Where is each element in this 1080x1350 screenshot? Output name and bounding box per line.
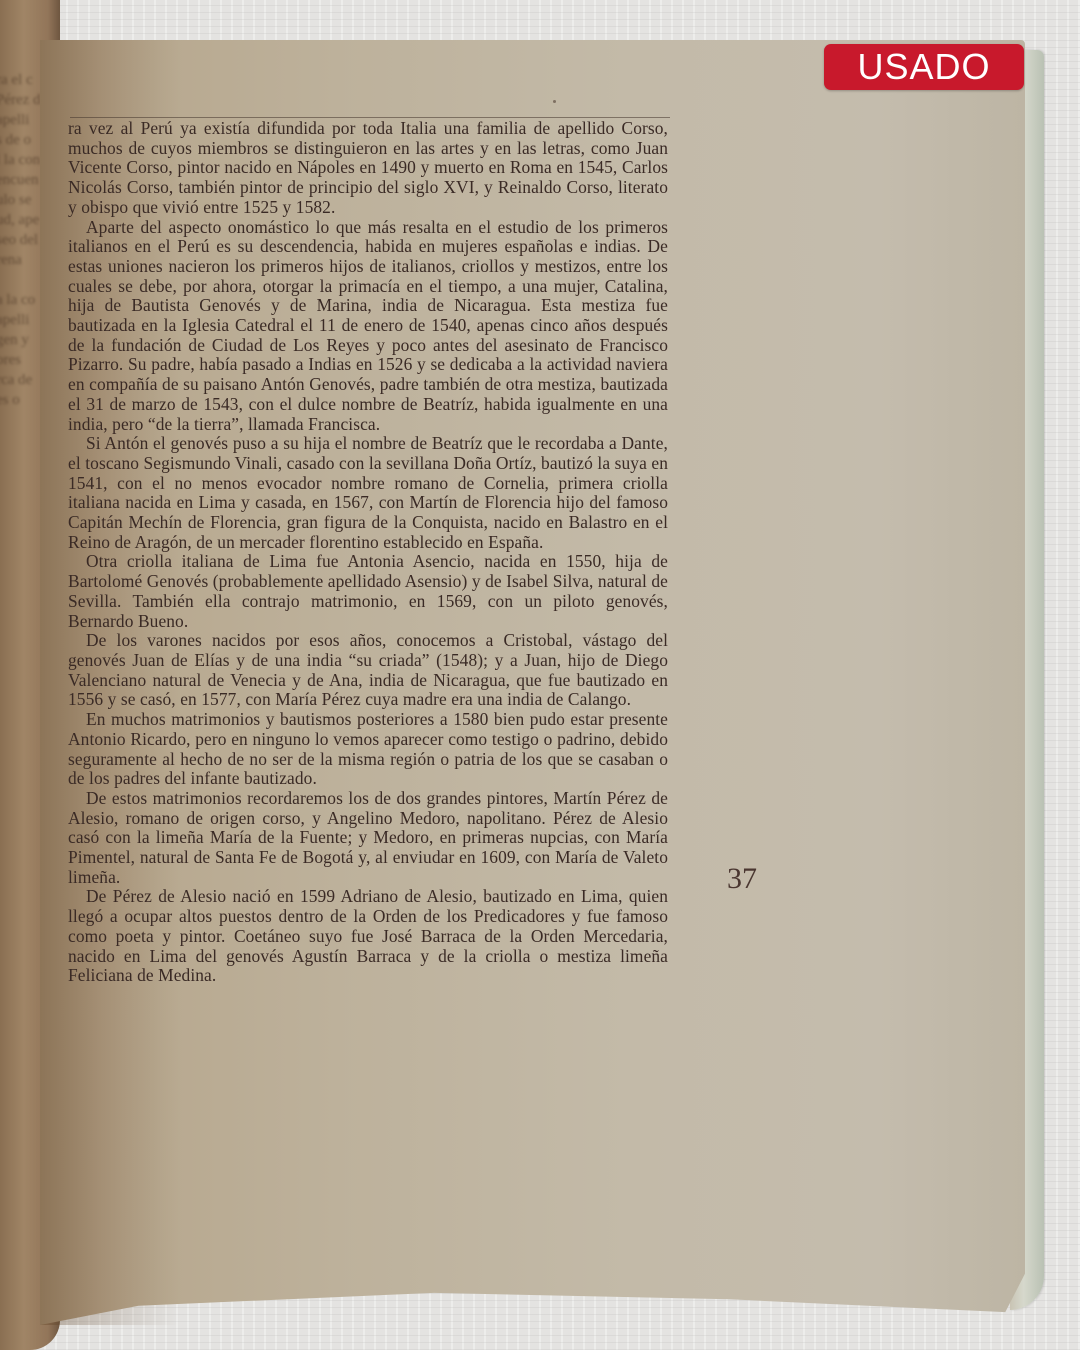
paragraph: De Pérez de Alesio nació en 1599 Adriano… <box>68 887 668 986</box>
paragraph: ra vez al Perú ya existía difundida por … <box>68 119 668 218</box>
paragraph: Otra criolla italiana de Lima fue Antoni… <box>68 552 668 631</box>
condition-badge-label: USADO <box>857 49 990 85</box>
paragraph: Si Antón el genovés puso a su hija el no… <box>68 434 668 552</box>
paragraph: De los varones nacidos por esos años, co… <box>68 631 668 710</box>
page-number: 37 <box>727 862 757 896</box>
condition-badge: USADO <box>824 44 1024 90</box>
page-speck <box>553 100 556 103</box>
paragraph: De estos matrimonios recordaremos los de… <box>68 789 668 888</box>
paragraph: En muchos matrimonios y bautismos poster… <box>68 710 668 789</box>
page-body-text: ra vez al Perú ya existía difundida por … <box>68 119 668 986</box>
paragraph: Aparte del aspecto onomástico lo que más… <box>68 218 668 435</box>
